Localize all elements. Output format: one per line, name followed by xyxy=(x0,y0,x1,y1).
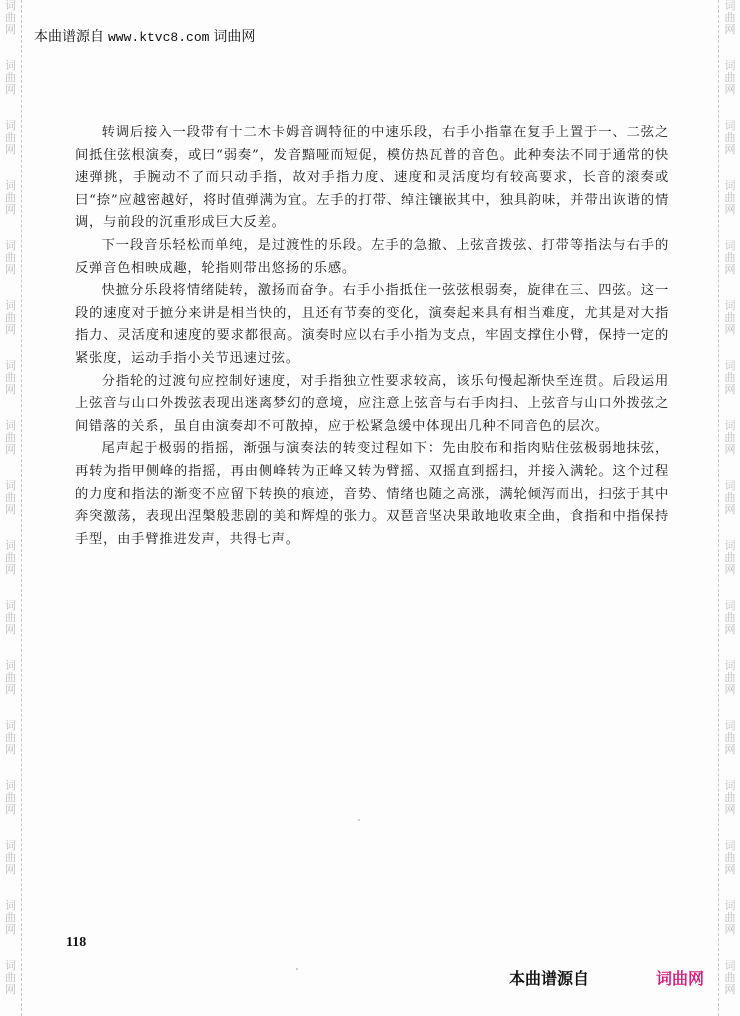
watermark-char: 网 xyxy=(725,984,736,996)
watermark-char: 网 xyxy=(725,264,736,276)
watermark-group: 词曲网 xyxy=(719,420,740,456)
watermark-group: 词曲网 xyxy=(0,300,21,336)
watermark-char: 网 xyxy=(5,504,16,516)
watermark-group: 词曲网 xyxy=(0,600,21,636)
watermark-group: 词曲网 xyxy=(719,900,740,936)
watermark-group: 词曲网 xyxy=(0,420,21,456)
watermark-group: 词曲网 xyxy=(0,360,21,396)
watermark-group: 词曲网 xyxy=(719,660,740,696)
article-body: 转调后接入一段带有十二木卡姆音调特征的中速乐段，右手小指靠在复手上置于一、二弦之… xyxy=(75,122,669,551)
footer-source-prefix: 本曲谱源自 xyxy=(509,966,589,989)
watermark-char: 网 xyxy=(725,324,736,336)
watermark-group: 词曲网 xyxy=(719,60,740,96)
paragraph: 分指轮的过渡句应控制好速度，对手指独立性要求较高，该乐句慢起渐快至连贯。后段运用… xyxy=(75,371,669,439)
watermark-char: 网 xyxy=(725,804,736,816)
watermark-char: 网 xyxy=(5,684,16,696)
watermark-group: 词曲网 xyxy=(719,600,740,636)
watermark-char: 网 xyxy=(5,744,16,756)
watermark-group: 词曲网 xyxy=(719,720,740,756)
paragraph: 尾声起于极弱的指摇，渐强与演奏法的转变过程如下：先由胶布和指肉贴住弦极弱地抹弦，… xyxy=(75,438,669,551)
paragraph: 下一段音乐轻松而单纯，是过渡性的乐段。左手的急撤、上弦音拨弦、打带等指法与右手的… xyxy=(75,235,669,280)
watermark-group: 词曲网 xyxy=(719,300,740,336)
watermark-group: 词曲网 xyxy=(719,180,740,216)
watermark-char: 网 xyxy=(725,744,736,756)
watermark-group: 词曲网 xyxy=(0,780,21,816)
watermark-char: 网 xyxy=(5,924,16,936)
watermark-char: 网 xyxy=(5,624,16,636)
watermark-char: 网 xyxy=(5,384,16,396)
watermark-char: 网 xyxy=(725,504,736,516)
header-site-name: 词曲网 xyxy=(213,29,255,45)
watermark-group: 词曲网 xyxy=(0,720,21,756)
watermark-char: 网 xyxy=(725,444,736,456)
watermark-group: 词曲网 xyxy=(0,900,21,936)
watermark-char: 网 xyxy=(725,624,736,636)
watermark-group: 词曲网 xyxy=(0,960,21,996)
header-source-line: 本曲谱源自www.ktvc8.com词曲网 xyxy=(34,26,255,46)
watermark-group: 词曲网 xyxy=(0,180,21,216)
watermark-char: 网 xyxy=(5,204,16,216)
watermark-group: 词曲网 xyxy=(0,840,21,876)
watermark-group: 词曲网 xyxy=(719,960,740,996)
watermark-char: 网 xyxy=(725,384,736,396)
watermark-group: 词曲网 xyxy=(0,240,21,276)
watermark-char: 网 xyxy=(725,24,736,36)
watermark-char: 网 xyxy=(725,924,736,936)
watermark-char: 网 xyxy=(5,144,16,156)
watermark-char: 网 xyxy=(5,564,16,576)
header-url: www.ktvc8.com xyxy=(108,30,209,45)
watermark-group: 词曲网 xyxy=(719,360,740,396)
watermark-group: 词曲网 xyxy=(0,480,21,516)
paragraph: 转调后接入一段带有十二木卡姆音调特征的中速乐段，右手小指靠在复手上置于一、二弦之… xyxy=(75,122,669,235)
watermark-group: 词曲网 xyxy=(719,840,740,876)
watermark-char: 网 xyxy=(725,564,736,576)
scan-speck xyxy=(296,968,298,970)
watermark-char: 网 xyxy=(725,684,736,696)
watermark-group: 词曲网 xyxy=(719,120,740,156)
watermark-char: 网 xyxy=(5,804,16,816)
watermark-char: 网 xyxy=(725,204,736,216)
watermark-group: 词曲网 xyxy=(719,480,740,516)
left-watermark-strip: 词曲网词曲网词曲网词曲网词曲网词曲网词曲网词曲网词曲网词曲网词曲网词曲网词曲网词… xyxy=(0,0,22,1016)
watermark-char: 网 xyxy=(5,264,16,276)
watermark-char: 网 xyxy=(725,864,736,876)
header-source-prefix: 本曲谱源自 xyxy=(34,29,104,45)
watermark-group: 词曲网 xyxy=(719,540,740,576)
watermark-char: 网 xyxy=(725,144,736,156)
watermark-char: 网 xyxy=(5,984,16,996)
watermark-group: 词曲网 xyxy=(0,0,21,36)
watermark-group: 词曲网 xyxy=(719,0,740,36)
watermark-group: 词曲网 xyxy=(719,240,740,276)
watermark-group: 词曲网 xyxy=(0,540,21,576)
watermark-char: 网 xyxy=(5,84,16,96)
watermark-group: 词曲网 xyxy=(0,120,21,156)
watermark-char: 网 xyxy=(5,864,16,876)
paragraph: 快摭分乐段将情绪陡转，激扬而奋争。右手小指抵住一弦弦根弱奏，旋律在三、四弦。这一… xyxy=(75,280,669,370)
footer-site-name: 词曲网 xyxy=(656,966,704,989)
page-number: 118 xyxy=(66,935,86,951)
scan-speck xyxy=(358,819,360,821)
watermark-char: 网 xyxy=(5,444,16,456)
watermark-group: 词曲网 xyxy=(0,60,21,96)
watermark-char: 网 xyxy=(5,24,16,36)
right-watermark-strip: 词曲网词曲网词曲网词曲网词曲网词曲网词曲网词曲网词曲网词曲网词曲网词曲网词曲网词… xyxy=(718,0,740,1016)
watermark-char: 网 xyxy=(5,324,16,336)
watermark-char: 网 xyxy=(725,84,736,96)
watermark-group: 词曲网 xyxy=(0,660,21,696)
watermark-group: 词曲网 xyxy=(719,780,740,816)
